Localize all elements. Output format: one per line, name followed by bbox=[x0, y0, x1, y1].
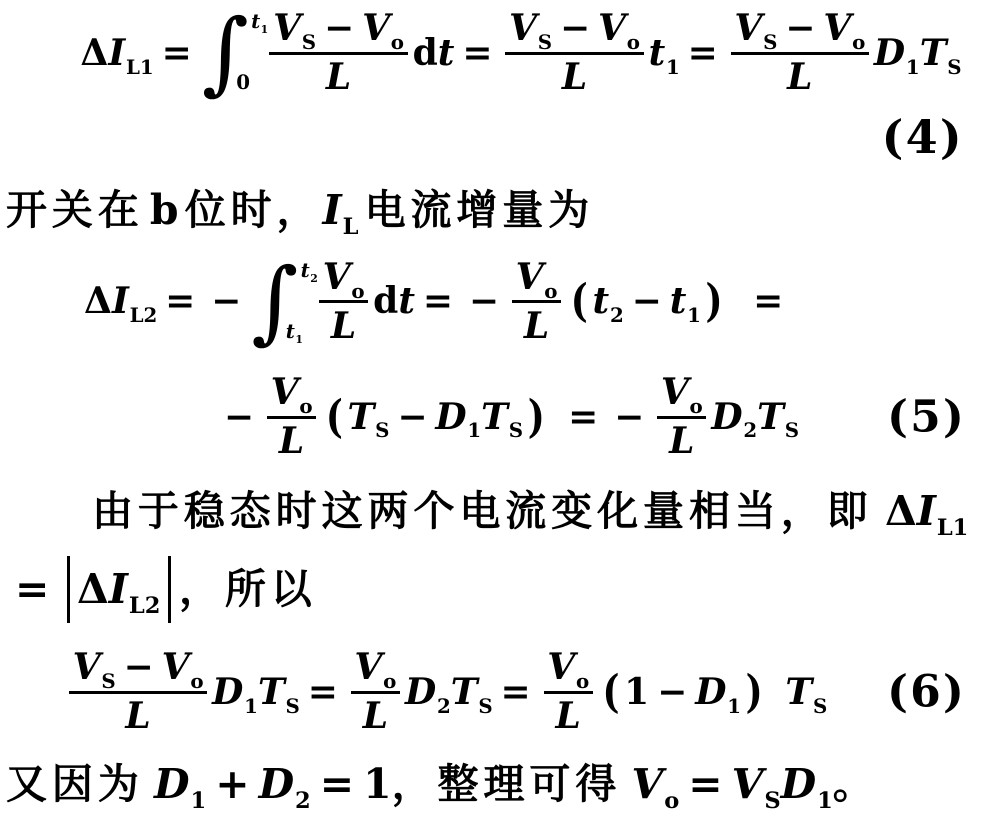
numerator: Vo bbox=[657, 374, 706, 416]
symbol-base: 由于稳态时这两个电流变化量相当，即 bbox=[92, 487, 873, 535]
subscript: S bbox=[764, 790, 780, 813]
subscript: o bbox=[351, 282, 364, 302]
math-symbol: d bbox=[373, 283, 398, 319]
subscript: L2 bbox=[129, 595, 161, 618]
symbol-base: ，整理可得 bbox=[392, 760, 622, 808]
math-symbol: D2 bbox=[405, 674, 451, 710]
math-symbol: d bbox=[413, 35, 438, 71]
symbol-base: T bbox=[258, 671, 285, 713]
subscript: 1 bbox=[295, 335, 303, 346]
symbol-base: = bbox=[308, 671, 338, 713]
math-symbol: Vo bbox=[823, 10, 865, 46]
math-symbol: D1 bbox=[781, 764, 833, 805]
fraction: VoL bbox=[267, 374, 316, 459]
symbol-base: t bbox=[251, 9, 260, 33]
math-symbol: D1 bbox=[435, 399, 481, 435]
numerator: Vo bbox=[319, 259, 368, 301]
math-symbol: Vo bbox=[598, 10, 640, 46]
math-symbol: = bbox=[308, 674, 338, 710]
fraction: VS−VoL bbox=[269, 10, 407, 95]
symbol-base: = bbox=[568, 396, 598, 438]
symbol-base: T bbox=[451, 671, 478, 713]
denominator: L bbox=[359, 694, 392, 734]
symbol-base: t bbox=[649, 32, 666, 74]
subscript: S bbox=[538, 33, 552, 53]
subscript: 1 bbox=[244, 697, 258, 717]
subscript: o bbox=[299, 397, 312, 417]
symbol-base: T bbox=[920, 32, 947, 74]
math-symbol: t2 bbox=[593, 283, 624, 319]
subscript: S bbox=[763, 33, 777, 53]
paragraph-conclusion: 又因为D1+D2=1，整理可得Vo=VSD1。 bbox=[0, 764, 982, 805]
symbol-base: L bbox=[125, 695, 150, 737]
math-symbol: L bbox=[279, 423, 304, 459]
fraction: VoL bbox=[351, 649, 400, 734]
math-symbol: D2 bbox=[711, 399, 757, 435]
math-symbol: Vo bbox=[516, 259, 558, 295]
math-symbol: t1 bbox=[649, 35, 680, 71]
math-symbol: L bbox=[562, 59, 587, 95]
math-symbol: VS bbox=[273, 10, 316, 46]
symbol-base: 1 bbox=[624, 671, 649, 713]
integral-upper-limit: t2 bbox=[301, 261, 318, 281]
subscript: o bbox=[190, 672, 203, 692]
text-run: ，所以 bbox=[179, 569, 317, 610]
symbol-base: = bbox=[462, 32, 492, 74]
symbol-base: = bbox=[753, 280, 783, 322]
subscript: 1 bbox=[261, 25, 269, 36]
symbol-base: = bbox=[688, 760, 722, 808]
math-symbol: ( bbox=[571, 283, 588, 319]
fraction: VoL bbox=[319, 259, 368, 344]
integral: ∫t2t1 bbox=[251, 259, 311, 345]
math-symbol: t bbox=[398, 283, 415, 319]
symbol-base: L bbox=[556, 695, 581, 737]
math-symbol: IL2 bbox=[109, 569, 161, 610]
symbol-base: V bbox=[323, 256, 351, 298]
numerator: Vo bbox=[267, 374, 316, 416]
symbol-base: V bbox=[734, 7, 762, 49]
symbol-base: − bbox=[224, 396, 254, 438]
integral: ∫t10 bbox=[202, 10, 262, 96]
math-symbol: t2 bbox=[301, 261, 318, 281]
subscript: S bbox=[286, 697, 300, 717]
math-symbol: VS bbox=[73, 649, 116, 685]
symbol-base: b bbox=[150, 186, 179, 234]
text-run: 由于稳态时这两个电流变化量相当，即 bbox=[92, 491, 873, 532]
text-run: 电流增量为 bbox=[365, 190, 595, 231]
symbol-base: D bbox=[781, 760, 817, 808]
symbol-base: V bbox=[598, 7, 626, 49]
symbol-base: Δ bbox=[80, 32, 108, 74]
subscript: S bbox=[509, 421, 523, 441]
integral-lower-limit: t1 bbox=[286, 322, 303, 342]
symbol-base: V bbox=[632, 760, 664, 808]
fraction: VS−VoL bbox=[505, 10, 643, 95]
math-symbol: L bbox=[326, 59, 351, 95]
symbol-base: T bbox=[481, 396, 508, 438]
symbol-base: T bbox=[348, 396, 375, 438]
subscript: 1 bbox=[666, 58, 680, 78]
math-symbol: ( bbox=[326, 399, 343, 435]
symbol-base: D bbox=[154, 760, 190, 808]
paragraph-switch-position-b: 开关在b位时，IL电流增量为 bbox=[0, 190, 982, 231]
math-symbol: TS bbox=[258, 674, 300, 710]
math-symbol: − bbox=[657, 674, 687, 710]
symbol-base: t bbox=[301, 258, 310, 282]
denominator: L bbox=[558, 55, 591, 95]
math-symbol: t1 bbox=[670, 283, 701, 319]
symbol-base: − bbox=[632, 280, 662, 322]
symbol-base: 。 bbox=[833, 760, 879, 808]
symbol-base: − bbox=[124, 646, 154, 688]
math-symbol: L bbox=[125, 698, 150, 734]
math-symbol: L bbox=[787, 59, 812, 95]
symbol-base: − bbox=[657, 671, 687, 713]
symbol-base: − bbox=[614, 396, 644, 438]
text-run: ，整理可得 bbox=[392, 764, 622, 805]
symbol-base: V bbox=[354, 646, 382, 688]
numerator: VS−Vo bbox=[505, 10, 643, 52]
symbol-base: Δ bbox=[885, 487, 917, 535]
math-symbol: TS bbox=[785, 674, 827, 710]
math-symbol: Vo bbox=[661, 374, 703, 410]
denominator: L bbox=[552, 694, 585, 734]
denominator: L bbox=[275, 419, 308, 459]
math-symbol: − bbox=[397, 399, 427, 435]
math-symbol: = bbox=[320, 764, 354, 805]
math-symbol: Vo bbox=[162, 649, 204, 685]
math-symbol: − bbox=[785, 10, 815, 46]
symbol-base: V bbox=[823, 7, 851, 49]
symbol-base: V bbox=[547, 646, 575, 688]
symbol-base: + bbox=[215, 760, 249, 808]
fraction: VoL bbox=[512, 259, 561, 344]
symbol-base: = bbox=[501, 671, 531, 713]
numerator: Vo bbox=[512, 259, 561, 301]
subscript: S bbox=[813, 697, 827, 717]
math-symbol: ) bbox=[528, 399, 545, 435]
subscript: o bbox=[664, 790, 679, 813]
math-symbol: D1 bbox=[154, 764, 206, 805]
symbol-base: Δ bbox=[77, 565, 109, 613]
subscript: 1 bbox=[687, 306, 701, 326]
equation-number: (6) bbox=[887, 666, 966, 717]
symbol-base: t bbox=[286, 319, 295, 343]
math-symbol: VS bbox=[732, 764, 781, 805]
symbol-base: t bbox=[593, 280, 610, 322]
fraction: VS−VoL bbox=[69, 649, 207, 734]
text-run: 又因为 bbox=[6, 764, 144, 805]
text-run: 。 bbox=[833, 764, 879, 805]
math-symbol: 0 bbox=[236, 73, 250, 93]
subscript: S bbox=[947, 58, 961, 78]
symbol-base: 又因为 bbox=[6, 760, 144, 808]
equation-number: (4) bbox=[882, 110, 964, 164]
symbol-base: V bbox=[162, 646, 190, 688]
subscript: o bbox=[627, 33, 640, 53]
symbol-base: D bbox=[695, 671, 726, 713]
symbol-base: ( bbox=[326, 394, 343, 439]
symbol-base: D bbox=[711, 396, 742, 438]
symbol-base: − bbox=[397, 396, 427, 438]
subscript: L1 bbox=[126, 58, 154, 78]
math-symbol: − bbox=[632, 283, 662, 319]
math-symbol: VS bbox=[509, 10, 552, 46]
equation-6: (6) VS−VoLD1TS=VoLD2TS=VoL(1−D1)TS bbox=[0, 649, 982, 734]
math-symbol: − bbox=[124, 649, 154, 685]
math-symbol: + bbox=[215, 764, 249, 805]
math-symbol: Δ bbox=[77, 569, 109, 610]
symbol-base: V bbox=[509, 7, 537, 49]
subscript: o bbox=[544, 282, 557, 302]
symbol-base: Δ bbox=[84, 280, 112, 322]
symbol-base: D bbox=[874, 32, 905, 74]
symbol-base: V bbox=[732, 760, 764, 808]
subscript: 2 bbox=[743, 421, 757, 441]
math-symbol: Δ bbox=[84, 283, 112, 319]
symbol-base: ( bbox=[602, 669, 619, 714]
math-symbol: VS bbox=[734, 10, 777, 46]
symbol-base: = bbox=[320, 760, 354, 808]
symbol-base: t bbox=[438, 32, 455, 74]
math-symbol: IL bbox=[322, 190, 358, 231]
subscript: S bbox=[785, 421, 799, 441]
math-symbol: = bbox=[688, 764, 722, 805]
symbol-base: L bbox=[363, 695, 388, 737]
symbol-base: D bbox=[405, 671, 436, 713]
math-symbol: = bbox=[162, 35, 192, 71]
symbol-base: = bbox=[423, 280, 453, 322]
math-symbol: TS bbox=[481, 399, 523, 435]
absolute-value: ΔIL2 bbox=[67, 556, 171, 623]
math-symbol: L bbox=[363, 698, 388, 734]
math-symbol: Vo bbox=[632, 764, 680, 805]
numerator: VS−Vo bbox=[269, 10, 407, 52]
math-symbol: Vo bbox=[323, 259, 365, 295]
integral-limits: t10 bbox=[245, 10, 262, 96]
symbol-base: L bbox=[331, 305, 356, 347]
math-symbol: Δ bbox=[80, 35, 108, 71]
symbol-base: 电流增量为 bbox=[365, 186, 595, 234]
math-symbol: Δ bbox=[885, 491, 917, 532]
math-symbol: − bbox=[560, 10, 590, 46]
equation-4: ΔIL1=∫t10VS−VoLdt=VS−VoLt1=VS−VoLD1TS bbox=[0, 10, 982, 96]
denominator: L bbox=[327, 303, 360, 343]
math-symbol: = bbox=[15, 569, 49, 610]
math-symbol: − bbox=[211, 283, 241, 319]
symbol-base: 1 bbox=[363, 760, 392, 808]
subscript: 2 bbox=[610, 306, 624, 326]
math-symbol: = bbox=[165, 283, 195, 319]
symbol-base: − bbox=[324, 7, 354, 49]
math-symbol: 1 bbox=[624, 674, 649, 710]
symbol-base: I bbox=[322, 186, 341, 234]
math-symbol: = bbox=[423, 283, 453, 319]
symbol-base: 开关在 bbox=[6, 186, 144, 234]
subscript: 1 bbox=[727, 697, 741, 717]
paragraph-steady-state: 由于稳态时这两个电流变化量相当，即ΔIL1 bbox=[0, 491, 982, 532]
math-symbol: IL1 bbox=[917, 491, 969, 532]
symbol-base: V bbox=[73, 646, 101, 688]
subscript: 1 bbox=[467, 421, 481, 441]
symbol-base: I bbox=[109, 565, 128, 613]
paragraph-absolute-value-continuation: =ΔIL2，所以 bbox=[0, 556, 982, 623]
subscript: 1 bbox=[190, 790, 206, 813]
denominator: L bbox=[666, 419, 699, 459]
denominator: L bbox=[520, 303, 553, 343]
integral-upper-limit: t1 bbox=[251, 12, 268, 32]
math-symbol: = bbox=[462, 35, 492, 71]
symbol-base: ) bbox=[528, 394, 545, 439]
math-symbol: D2 bbox=[259, 764, 311, 805]
math-symbol: 1 bbox=[363, 764, 392, 805]
integral-limits: t2t1 bbox=[295, 259, 312, 345]
symbol-base: L bbox=[669, 420, 694, 462]
symbol-base: V bbox=[516, 256, 544, 298]
equation-5-line-2: (5) −VoL(TS−D1TS)=−VoLD2TS bbox=[0, 374, 982, 459]
numerator: Vo bbox=[351, 649, 400, 691]
math-symbol: ) bbox=[746, 674, 763, 710]
symbol-base: D bbox=[435, 396, 466, 438]
subscript: 1 bbox=[906, 58, 920, 78]
symbol-base: − bbox=[560, 7, 590, 49]
symbol-base: V bbox=[271, 371, 299, 413]
equation-5-line-1: ΔIL2=−∫t2t1VoLdt=−VoL(t2−t1)= bbox=[0, 259, 982, 345]
math-symbol: t1 bbox=[251, 12, 268, 32]
symbol-base: L bbox=[562, 56, 587, 98]
math-symbol: D1 bbox=[212, 674, 258, 710]
numerator: Vo bbox=[544, 649, 593, 691]
symbol-base: V bbox=[661, 371, 689, 413]
symbol-base: L bbox=[787, 56, 812, 98]
text-run: 开关在 bbox=[6, 190, 144, 231]
symbol-base: ( bbox=[571, 279, 588, 324]
subscript: L bbox=[343, 216, 359, 239]
math-symbol: TS bbox=[451, 674, 493, 710]
fraction: VS−VoL bbox=[731, 10, 869, 95]
denominator: L bbox=[322, 55, 355, 95]
symbol-base: − bbox=[469, 280, 499, 322]
subscript: o bbox=[576, 672, 589, 692]
math-symbol: t1 bbox=[286, 322, 303, 342]
document-page: ΔIL1=∫t10VS−VoLdt=VS−VoLt1=VS−VoLD1TS (4… bbox=[0, 0, 982, 833]
subscript: S bbox=[101, 672, 115, 692]
subscript: S bbox=[302, 33, 316, 53]
symbol-base: V bbox=[273, 7, 301, 49]
symbol-base: T bbox=[785, 671, 812, 713]
symbol-base: D bbox=[212, 671, 243, 713]
integral-lower-limit: 0 bbox=[236, 73, 253, 93]
math-symbol: L bbox=[331, 308, 356, 344]
symbol-base: − bbox=[211, 280, 241, 322]
numerator: VS−Vo bbox=[731, 10, 869, 52]
math-symbol: Vo bbox=[362, 10, 404, 46]
fraction: VoL bbox=[657, 374, 706, 459]
symbol-base: ，所以 bbox=[179, 565, 317, 613]
math-symbol: Vo bbox=[547, 649, 589, 685]
symbol-base: 位时， bbox=[185, 186, 323, 234]
equation-4-tag: (4) bbox=[0, 110, 982, 164]
math-symbol: − bbox=[614, 399, 644, 435]
math-symbol: IL2 bbox=[112, 283, 157, 319]
symbol-base: D bbox=[259, 760, 295, 808]
math-symbol: = bbox=[501, 674, 531, 710]
subscript: o bbox=[852, 33, 865, 53]
symbol-base: I bbox=[108, 32, 125, 74]
math-symbol: TS bbox=[920, 35, 962, 71]
equation-number: (5) bbox=[887, 391, 966, 442]
denominator: L bbox=[122, 694, 155, 734]
subscript: o bbox=[690, 397, 703, 417]
subscript: L2 bbox=[130, 306, 158, 326]
subscript: 2 bbox=[310, 274, 318, 285]
math-symbol: ( bbox=[602, 674, 619, 710]
math-symbol: L bbox=[524, 308, 549, 344]
symbol-base: T bbox=[757, 396, 784, 438]
symbol-base: V bbox=[362, 7, 390, 49]
denominator: L bbox=[784, 55, 817, 95]
math-symbol: TS bbox=[348, 399, 390, 435]
subscript: 2 bbox=[295, 790, 311, 813]
math-symbol: Vo bbox=[354, 649, 396, 685]
math-symbol: = bbox=[568, 399, 598, 435]
symbol-base: I bbox=[917, 487, 936, 535]
math-symbol: ) bbox=[706, 283, 723, 319]
symbol-base: t bbox=[398, 280, 415, 322]
math-symbol: t bbox=[438, 35, 455, 71]
subscript: S bbox=[375, 421, 389, 441]
symbol-base: I bbox=[112, 280, 129, 322]
math-symbol: − bbox=[469, 283, 499, 319]
symbol-base: L bbox=[279, 420, 304, 462]
math-symbol: L bbox=[556, 698, 581, 734]
math-symbol: Vo bbox=[271, 374, 313, 410]
math-symbol: IL1 bbox=[108, 35, 153, 71]
symbol-base: L bbox=[524, 305, 549, 347]
symbol-base: t bbox=[670, 280, 687, 322]
math-symbol: b bbox=[150, 190, 179, 231]
subscript: 2 bbox=[437, 697, 451, 717]
math-symbol: = bbox=[688, 35, 718, 71]
subscript: S bbox=[478, 697, 492, 717]
math-symbol: − bbox=[224, 399, 254, 435]
subscript: L1 bbox=[937, 517, 969, 540]
symbol-base: − bbox=[785, 7, 815, 49]
symbol-base: = bbox=[165, 280, 195, 322]
text-run: 位时， bbox=[185, 190, 323, 231]
subscript: o bbox=[383, 672, 396, 692]
symbol-base: 0 bbox=[236, 70, 250, 94]
math-symbol: L bbox=[669, 423, 694, 459]
subscript: o bbox=[391, 33, 404, 53]
symbol-base: L bbox=[326, 56, 351, 98]
symbol-base: ) bbox=[706, 279, 723, 324]
subscript: 1 bbox=[817, 790, 833, 813]
symbol-base: ) bbox=[746, 669, 763, 714]
math-symbol: − bbox=[324, 10, 354, 46]
numerator: VS−Vo bbox=[69, 649, 207, 691]
symbol-base: = bbox=[162, 32, 192, 74]
math-symbol: D1 bbox=[874, 35, 920, 71]
math-symbol: TS bbox=[757, 399, 799, 435]
symbol-base: d bbox=[413, 32, 438, 74]
fraction: VoL bbox=[544, 649, 593, 734]
math-symbol: = bbox=[753, 283, 783, 319]
symbol-base: = bbox=[688, 32, 718, 74]
symbol-base: d bbox=[373, 280, 398, 322]
symbol-base: = bbox=[15, 565, 49, 613]
